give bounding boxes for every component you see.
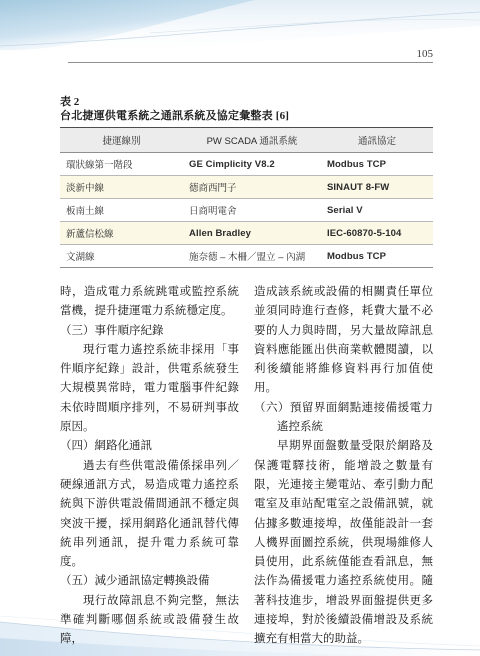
table-row: 新蘆信松線Allen BradleyIEC-60870-5-104 xyxy=(60,222,433,245)
paragraph: 現行故障訊息不夠完整，無法準確判斷哪個系統或設備發生故障， xyxy=(60,592,239,650)
table-cell: SINAUT 8-FW xyxy=(321,176,433,199)
table-header-cell: 捷運線別 xyxy=(60,128,183,153)
table-cell: 淡新中線 xyxy=(60,176,183,199)
right-column: 造成該系統或設備的相關責任單位並須同時進行查修，耗費大量不必要的人力與時間，另大… xyxy=(254,283,433,650)
paragraph: 造成該系統或設備的相關責任單位並須同時進行查修，耗費大量不必要的人力與時間，另大… xyxy=(254,283,433,399)
table-cell: Allen Bradley xyxy=(183,222,321,245)
section-heading: （三）事件順序紀錄 xyxy=(60,322,239,341)
paragraph: 過去有些供電設備係採串列／硬線通訊方式，易造成電力遙控系統與下游供電設備間通訊不… xyxy=(60,457,239,573)
table-cell: 日商明電舍 xyxy=(183,199,321,222)
table-cell: 新蘆信松線 xyxy=(60,222,183,245)
table-cell: Serial V xyxy=(321,199,433,222)
paragraph: 現行電力遙控系統非採用「事件順序紀錄」設計，供電系統發生大規模異常時，電力電腦事… xyxy=(60,341,239,437)
section-heading: （六）預留界面網點連接備援電力遙控系統 xyxy=(254,399,433,438)
table-row: 板南土線日商明電舍Serial V xyxy=(60,199,433,222)
table-cell: 板南土線 xyxy=(60,199,183,222)
page-content: 表 2 台北捷運供電系統之通訊系統及協定彙整表 [6] 捷運線別PW SCADA… xyxy=(60,95,433,650)
table-row: 文湖線施奈德 – 木柵／盟立 – 內湖Modbus TCP xyxy=(60,245,433,268)
table-cell: IEC-60870-5-104 xyxy=(321,222,433,245)
top-wave-decoration xyxy=(0,0,480,80)
section-heading: （五）減少通訊協定轉換設備 xyxy=(60,572,239,591)
table-label: 表 2 xyxy=(60,95,433,109)
table-title: 台北捷運供電系統之通訊系統及協定彙整表 [6] xyxy=(60,109,433,124)
table-cell: Modbus TCP xyxy=(321,245,433,268)
article-body: 時，造成電力系統跳電或監控系統當機，提升捷運電力系統穩定度。（三）事件順序紀錄現… xyxy=(60,283,433,650)
comm-protocol-table: 捷運線別PW SCADA 通訊系統通訊協定 環狀線第一階段GE Cimplici… xyxy=(60,127,433,268)
table-row: 淡新中線德商西門子SINAUT 8-FW xyxy=(60,176,433,199)
paragraph: 早期界面盤數量受限於網路及保護電驛技術，能增設之數量有限，光連接主變電站、牽引動… xyxy=(254,437,433,649)
section-heading: （四）網路化通訊 xyxy=(60,437,239,456)
table-row: 環狀線第一階段GE Cimplicity V8.2Modbus TCP xyxy=(60,153,433,176)
table-header-row: 捷運線別PW SCADA 通訊系統通訊協定 xyxy=(60,128,433,153)
table-cell: Modbus TCP xyxy=(321,153,433,176)
table-header-cell: 通訊協定 xyxy=(321,128,433,153)
page-header: 105 xyxy=(68,48,433,63)
left-column: 時，造成電力系統跳電或監控系統當機，提升捷運電力系統穩定度。（三）事件順序紀錄現… xyxy=(60,283,239,650)
table-cell: 施奈德 – 木柵／盟立 – 內湖 xyxy=(183,245,321,268)
table-cell: 德商西門子 xyxy=(183,176,321,199)
paper-page: 105 表 2 台北捷運供電系統之通訊系統及協定彙整表 [6] 捷運線別PW S… xyxy=(0,0,480,656)
table-header-cell: PW SCADA 通訊系統 xyxy=(183,128,321,153)
page-number: 105 xyxy=(417,48,434,60)
paragraph: 時，造成電力系統跳電或監控系統當機，提升捷運電力系統穩定度。 xyxy=(60,283,239,322)
table-cell: 環狀線第一階段 xyxy=(60,153,183,176)
table-cell: GE Cimplicity V8.2 xyxy=(183,153,321,176)
table-cell: 文湖線 xyxy=(60,245,183,268)
